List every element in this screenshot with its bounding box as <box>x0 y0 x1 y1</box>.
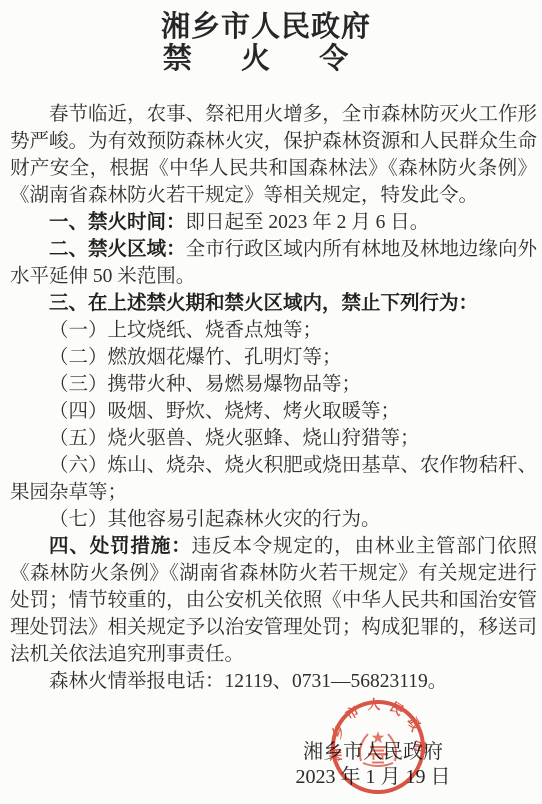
intro-paragraph: 春节临近，农事、祭祀用火增多，全市森林防灭火工作形势严峻。为有效预防森林火灾，保… <box>10 101 537 209</box>
prohibited-act-7: （七）其他容易引起森林火灾的行为。 <box>10 506 537 533</box>
item-1-text: 即日起至 2023 年 2 月 6 日。 <box>186 212 430 233</box>
item-2-heading: 二、禁火区域： <box>49 238 186 260</box>
prohibited-act-2: （二）燃放烟花爆竹、孔明灯等； <box>10 344 537 371</box>
item-4-penalties: 四、处罚措施：违反本令规定的，由林业主管部门依照《森林防火条例》《湖南省森林防火… <box>10 533 537 668</box>
prohibited-act-3: （三）携带火种、易燃易爆物品等； <box>10 371 537 398</box>
signature-org: 湘乡市人民政府 <box>283 740 463 764</box>
item-3-prohibited-acts-heading: 三、在上述禁火期和禁火区域内，禁止下列行为： <box>10 290 537 317</box>
item-3-heading: 三、在上述禁火期和禁火区域内，禁止下列行为： <box>49 292 478 314</box>
issuing-authority-title: 湘乡市人民政府 <box>0 12 532 42</box>
document-title: 禁 火 令 <box>0 44 532 74</box>
signature-block: 湘乡市人民政府 2023 年 1 月 19 日 <box>283 740 463 789</box>
hotline-line: 森林火情举报电话：12119、0731—56823119。 <box>10 668 537 695</box>
fire-ban-notice-document: 湘乡市人民政府 禁 火 令 春节临近，农事、祭祀用火增多，全市森林防灭火工作形势… <box>0 0 542 804</box>
prohibited-act-6: （六）炼山、烧杂、烧火积肥或烧田基草、农作物秸秆、果园杂草等； <box>10 452 537 506</box>
item-2-fire-ban-area: 二、禁火区域：全市行政区域内所有林地及林地边缘向外水平延伸 50 米范围。 <box>10 236 537 290</box>
prohibited-act-4: （四）吸烟、野炊、烧烤、烤火取暖等； <box>10 398 537 425</box>
item-4-heading: 四、处罚措施： <box>49 535 192 557</box>
prohibited-act-5: （五）烧火驱兽、烧火驱蜂、烧山狩猎等； <box>10 425 537 452</box>
signature-date: 2023 年 1 月 19 日 <box>283 765 463 789</box>
item-1-fire-ban-period: 一、禁火时间：即日起至 2023 年 2 月 6 日。 <box>10 209 537 236</box>
document-body: 春节临近，农事、祭祀用火增多，全市森林防灭火工作形势严峻。为有效预防森林火灾，保… <box>10 101 537 695</box>
item-1-heading: 一、禁火时间： <box>49 211 186 233</box>
prohibited-act-1: （一）上坟烧纸、烧香点烛等； <box>10 317 537 344</box>
document-header: 湘乡市人民政府 禁 火 令 <box>0 12 542 74</box>
